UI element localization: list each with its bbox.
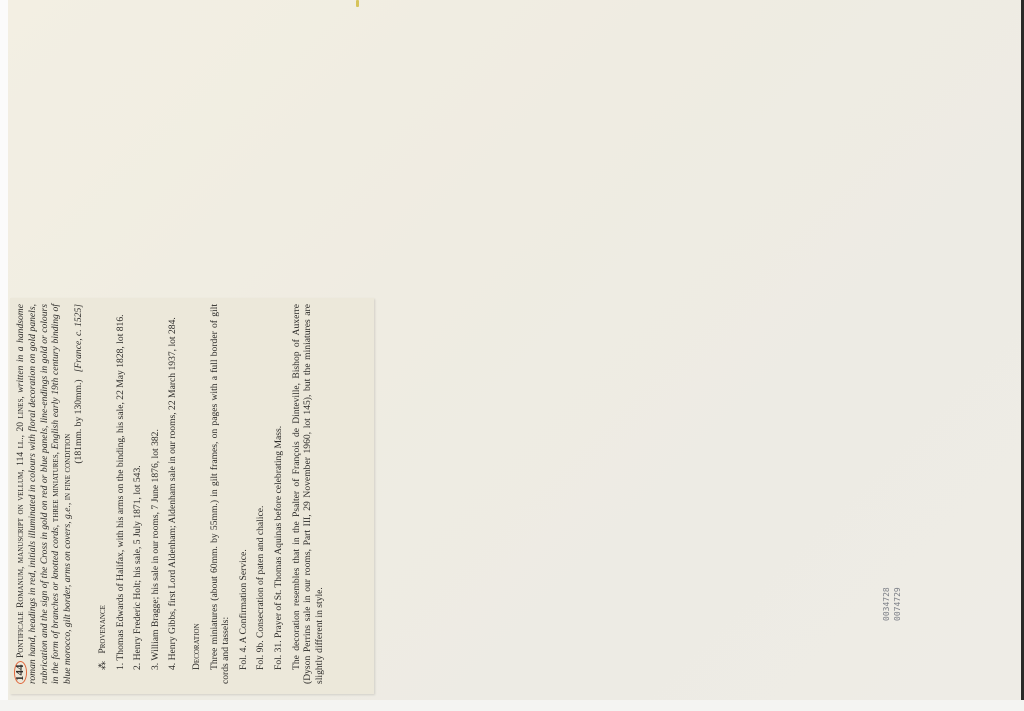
- folio-item: Fol. 4. A Confirmation Service.: [238, 304, 250, 684]
- provenance-item: 1. Thomas Edwards of Halifax, with his a…: [115, 304, 127, 684]
- asterism-icon: ⁂: [97, 656, 109, 670]
- clipping-text: 144 Pontificale Romanum, manuscript on v…: [10, 298, 374, 694]
- lot-title: Pontificale Romanum,: [15, 567, 26, 659]
- folio-item: Fol. 31. Prayer of St. Thomas Aquinas be…: [273, 304, 285, 684]
- lot-origin: [France, c. 1525]: [73, 304, 84, 372]
- catalogue-clipping: 144 Pontificale Romanum, manuscript on v…: [10, 298, 374, 694]
- lot-heading: 144 Pontificale Romanum, manuscript on v…: [14, 304, 73, 684]
- handwritten-notes: 0034728 0074729: [881, 561, 931, 621]
- lot-number: 144: [14, 662, 27, 685]
- decoration-note: The decoration resembles that in the Psa…: [291, 304, 326, 684]
- paper-mark: [356, 0, 359, 7]
- decoration-intro: Three miniatures (about 60mm. by 55mm.) …: [209, 304, 232, 684]
- scan-left-edge: [0, 0, 8, 711]
- scan-bottom-edge: [0, 700, 1024, 711]
- lot-dimensions: (181mm. by 130mm.) [France, c. 1525]: [73, 304, 85, 684]
- decoration-heading: Decoration: [191, 304, 203, 684]
- folio-item: Fol. 9b. Consecration of paten and chali…: [255, 304, 267, 684]
- provenance-heading: ⁂ Provenance: [97, 304, 109, 684]
- provenance-item: 4. Henry Gibbs, first Lord Aldenham; Ald…: [167, 304, 179, 684]
- provenance-item: 3. William Bragge; his sale in our rooms…: [150, 304, 162, 684]
- provenance-item: 2. Henry Frederic Holt; his sale, 5 July…: [132, 304, 144, 684]
